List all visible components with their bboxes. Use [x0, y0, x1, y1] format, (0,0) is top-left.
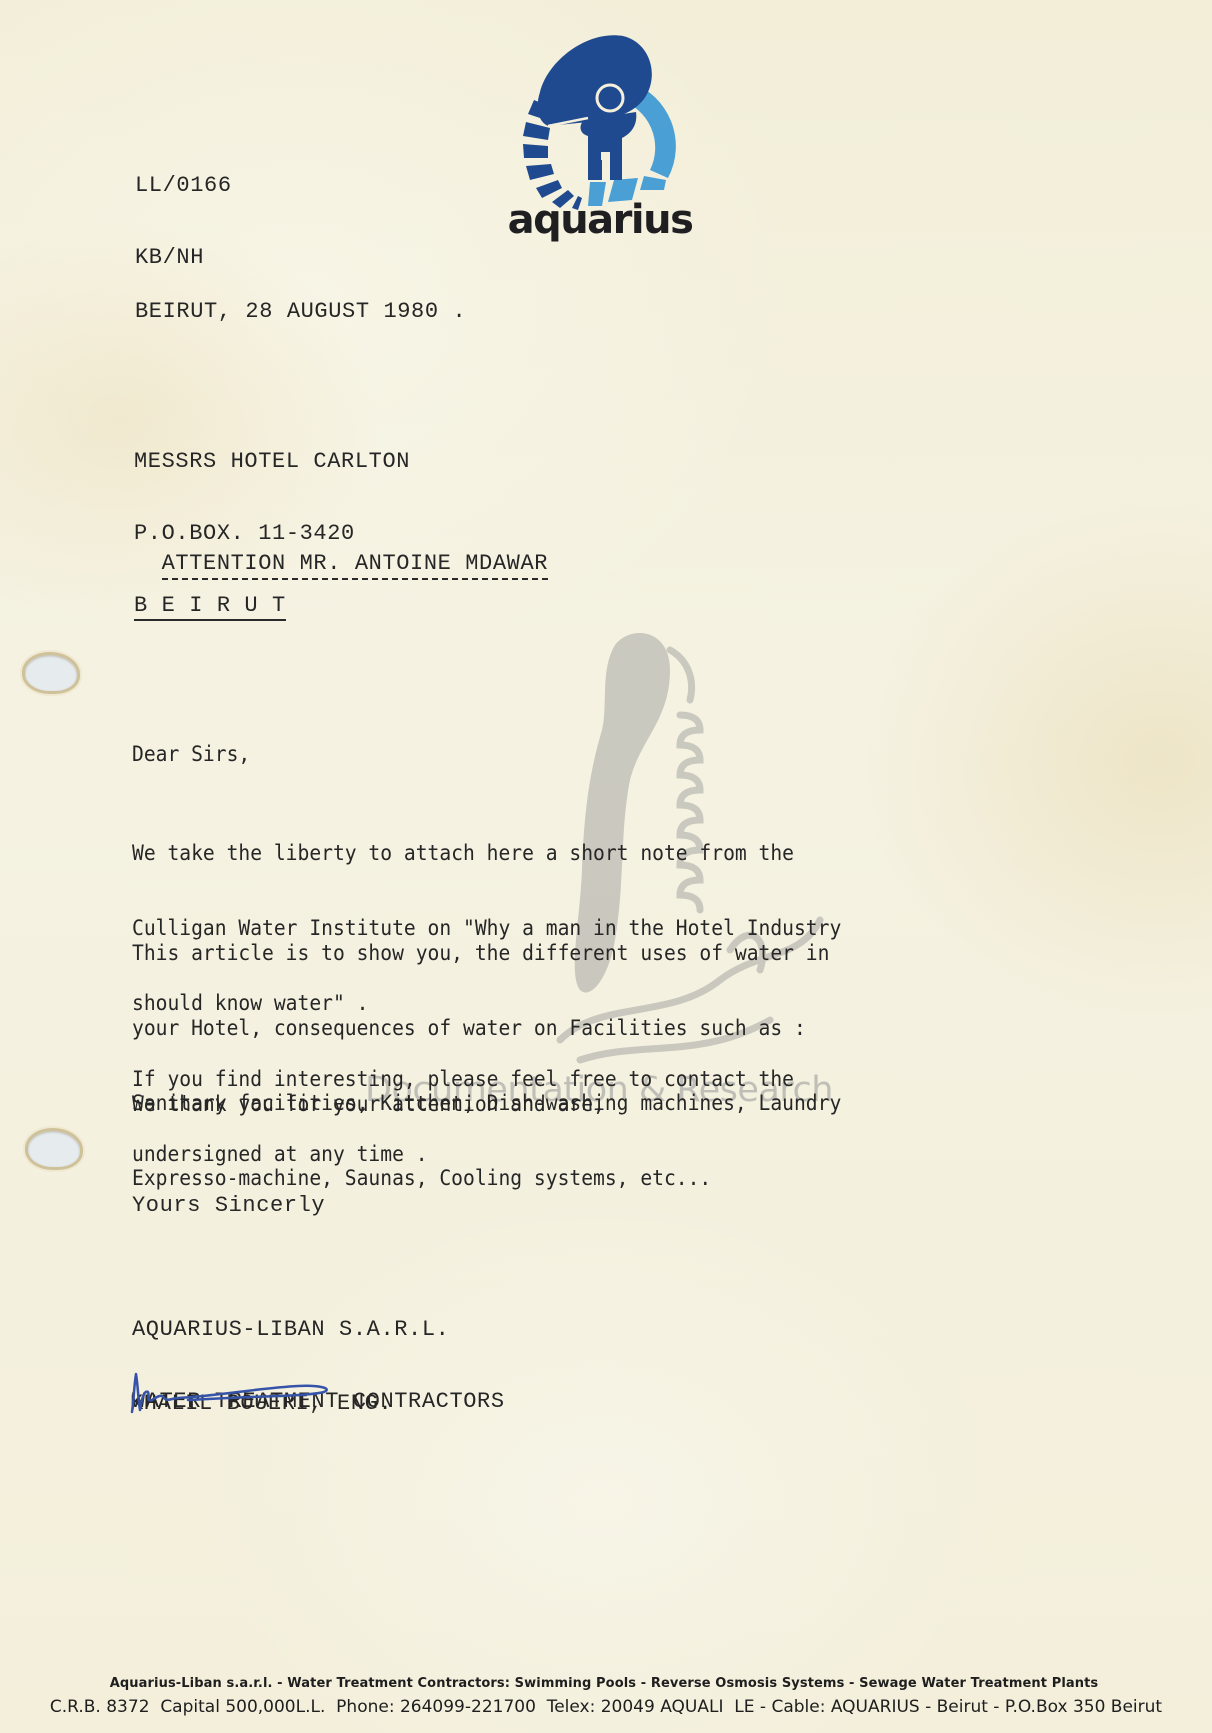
letter-date: BEIRUT, 28 AUGUST 1980 . [135, 300, 466, 324]
punch-hole [22, 652, 80, 694]
salutation: Dear Sirs, [132, 742, 250, 767]
footer-services: Aquarius-Liban s.a.r.l. - Water Treatmen… [0, 1676, 1212, 1691]
reference-block: LL/0166 KB/NH [135, 126, 232, 294]
paragraph-line: If you find interesting, please feel fre… [132, 1067, 794, 1092]
paragraph-line: undersigned at any time . [132, 1142, 794, 1167]
paragraph-line: We take the liberty to attach here a sho… [132, 841, 841, 866]
recipient-name: MESSRS HOTEL CARLTON [134, 450, 410, 474]
punch-hole [25, 1128, 83, 1170]
reference-initials: KB/NH [135, 246, 232, 270]
brand-wordmark: aquarius [500, 200, 700, 240]
valediction: Yours Sincerly [132, 1194, 325, 1218]
reference-number: LL/0166 [135, 174, 232, 198]
footer-contact: C.R.B. 8372 Capital 500,000L.L. Phone: 2… [40, 1697, 1172, 1717]
attention-line-container: ATTENTION MR. ANTOINE MDAWAR [134, 528, 548, 580]
recipient-city: B E I R U T [134, 593, 286, 621]
aquarius-logo-icon [518, 30, 684, 210]
company-name: AQUARIUS-LIBAN S.A.R.L. [132, 1318, 505, 1342]
footer-services-text: Aquarius-Liban s.a.r.l. - Water Treatmen… [110, 1676, 1099, 1691]
recipient-address: MESSRS HOTEL CARLTON P.O.BOX. 11-3420 B … [134, 402, 410, 642]
paragraph-line: This article is to show you, the differe… [132, 941, 841, 966]
attention-line: ATTENTION MR. ANTOINE MDAWAR [162, 552, 548, 580]
body-paragraph-4: We thank you for your attention and are, [132, 1092, 605, 1117]
handwritten-signature-icon [128, 1368, 338, 1414]
